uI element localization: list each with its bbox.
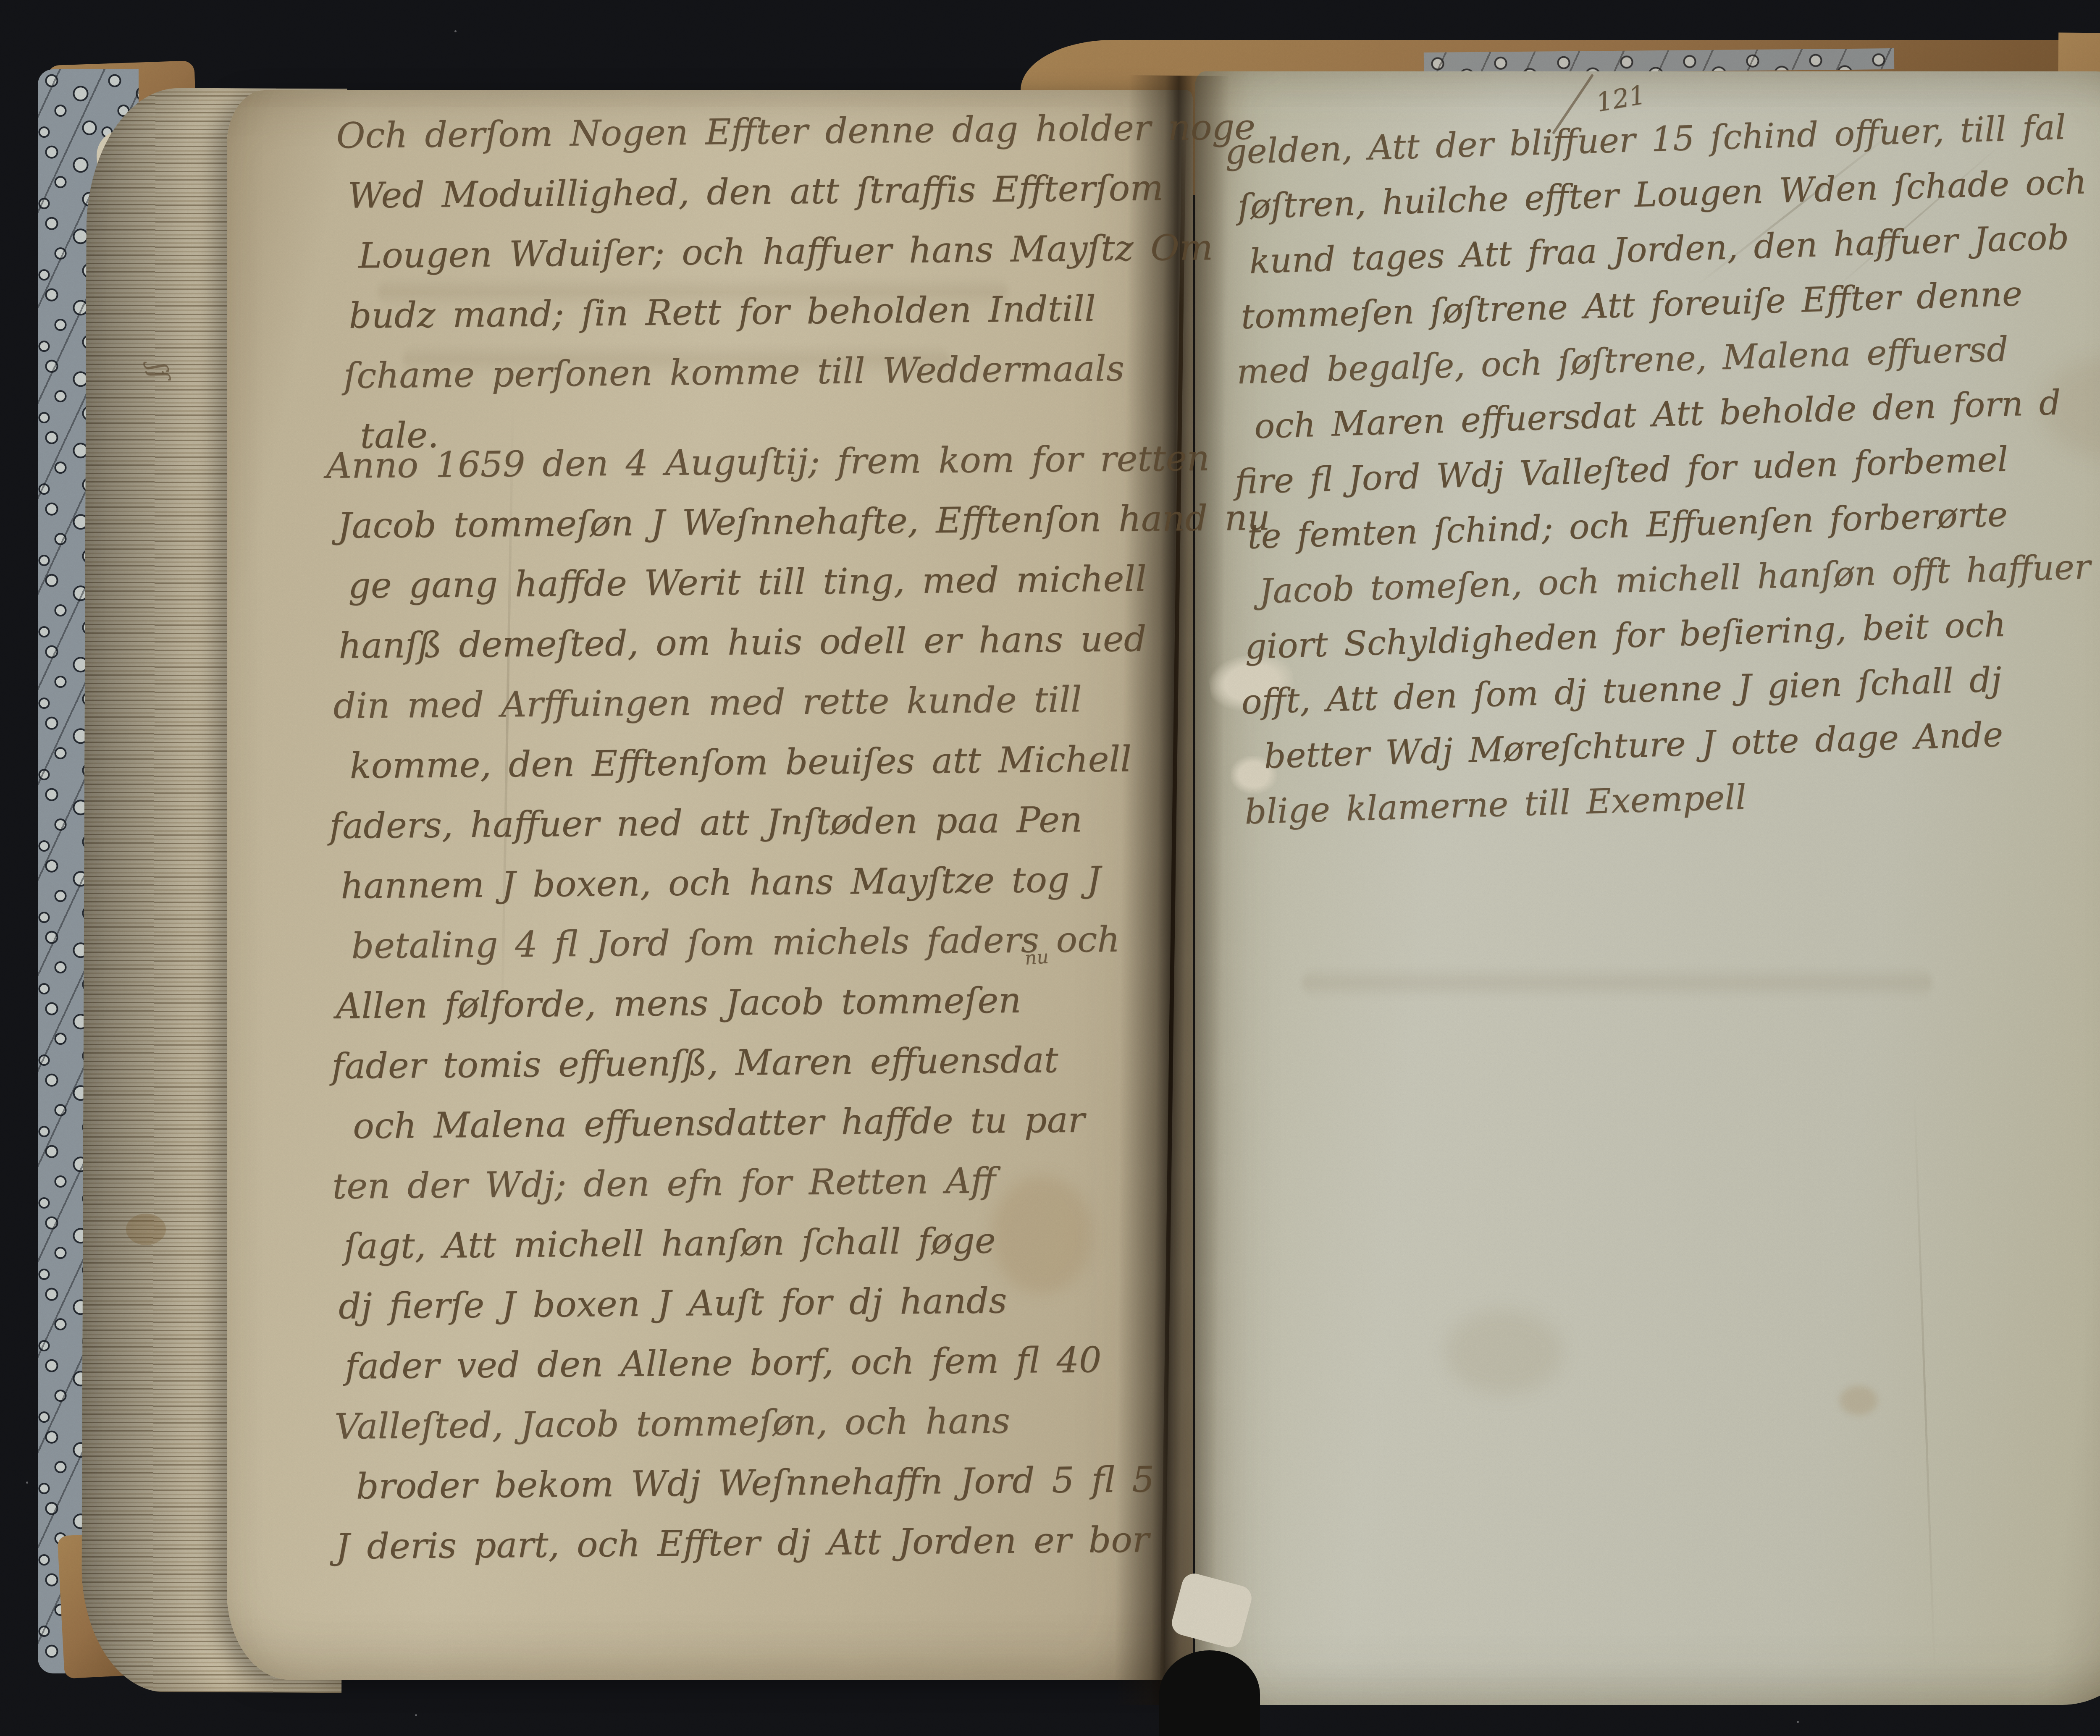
manuscript-line: hanſß demeſted, om huis odell er hans ue… (339, 608, 1271, 676)
manuscript-line: dj fierſe J boxen J Auſt for dj hands (338, 1268, 1277, 1336)
manuscript-line: Wed Moduillighed, den att ſtraffis Effte… (347, 157, 1256, 226)
manuscript-line: ſagt, Att michell hanſøn ſchall føge (344, 1208, 1276, 1276)
show-through (1302, 966, 1932, 999)
dust-speck (26, 1482, 28, 1484)
manuscript-line: fader tomis effuenſß, Maren effuensdat (331, 1028, 1275, 1096)
manuscript-line: Anno 1659 den 4 Auguſtij; frem kom for r… (326, 427, 1270, 496)
gutter-gap-bottom (1159, 1650, 1260, 1736)
manuscript-line: ge gang haffde Werit till ting, med mich… (348, 548, 1270, 616)
archival-photo-black-backdrop: Och derſom Nogen Effter denne dag holder… (0, 0, 2100, 1736)
foxing-stain (1445, 1310, 1562, 1394)
left-page-paragraph-1: Och derſom Nogen Effter denne dag holder… (336, 97, 1258, 466)
ink-stain (126, 1214, 166, 1245)
manuscript-line: komme, den Efftenſom beuiſes att Michell (349, 728, 1272, 796)
manuscript-line: Lougen Wduiſer; och haffuer hans Mayſtz … (358, 217, 1257, 286)
manuscript-line: fader ved den Allene borf, och fem fl 40 (345, 1328, 1278, 1396)
dust-speck (415, 1714, 417, 1716)
dust-speck (1797, 1721, 1799, 1723)
manuscript-line: J deris part, och Effter dj Att Jorden e… (335, 1508, 1279, 1577)
right-page-text: gelden, Att der bliffuer 15 ſchind offue… (1224, 100, 2100, 840)
manuscript-line: Allen følforde, mens Jacob tommeſen (336, 968, 1274, 1036)
left-page-paragraph-2: Anno 1659 den 4 Auguſtij; frem kom for r… (326, 427, 1279, 1576)
manuscript-line: och Malena effuensdatter haffde tu par (353, 1088, 1276, 1156)
manuscript-line: Valleſted, Jacob tommeſøn, och hans (334, 1388, 1278, 1457)
foxing-stain (1840, 1386, 1877, 1415)
manuscript-line: betaling 4 fl Jord ſom michels faders oc… (351, 908, 1274, 976)
manuscript-line: budz mand; ſin Rett for beholden Indtill (349, 277, 1257, 346)
manuscript-line: hannem J boxen, och hans Mayſtze tog J (341, 848, 1273, 916)
manuscript-line: Jacob tommeſøn J Weſnnehafte, Efftenſon … (337, 488, 1270, 556)
manuscript-line: ſchame perſonen komme till Weddermaals (343, 337, 1258, 406)
dust-speck (454, 30, 457, 32)
interlinear-note: nu (1024, 946, 1049, 969)
manuscript-line: faders, haffuer ned att Jnſtøden paa Pen (329, 788, 1273, 856)
manuscript-line: ten der Wdj; den efn for Retten Aff (332, 1148, 1276, 1217)
manuscript-line: broder bekom Wdj Weſnnehaffn Jord 5 fl 5 (356, 1448, 1278, 1516)
manuscript-line: Och derſom Nogen Effter denne dag holder… (336, 97, 1256, 166)
manuscript-line: din med Arffuingen med rette kunde till (333, 668, 1272, 736)
marbled-top-edge-sliver (1424, 48, 1894, 73)
